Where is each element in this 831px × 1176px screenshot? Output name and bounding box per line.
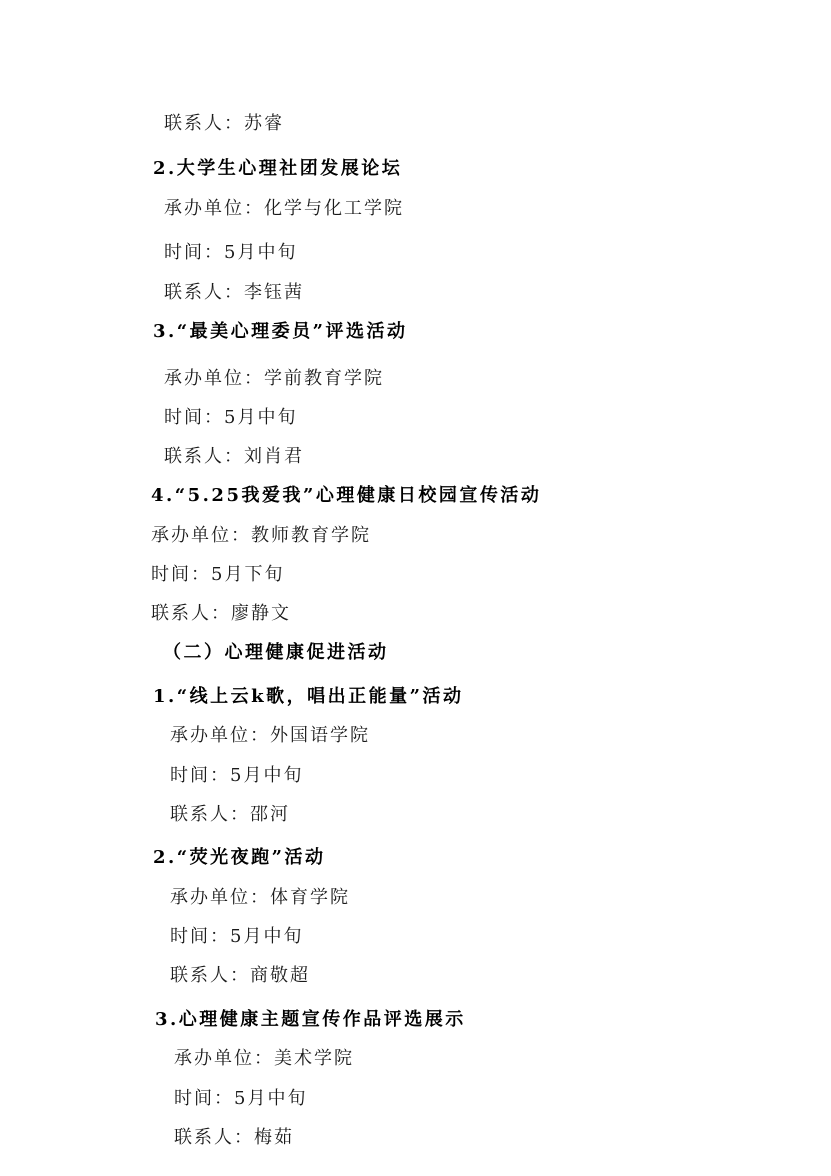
- section-heading: 3.心理健康主题宣传作品评选展示: [155, 1008, 466, 1032]
- detail-line: 联系人：刘肖君: [164, 445, 304, 469]
- section-heading: 4.“5.25我爱我”心理健康日校园宣传活动: [151, 484, 541, 508]
- detail-line: 承办单位：化学与化工学院: [164, 197, 404, 221]
- section-heading: 2.大学生心理社团发展论坛: [153, 157, 402, 181]
- detail-line: 承办单位：美术学院: [174, 1047, 354, 1071]
- detail-line: 联系人：商敬超: [170, 964, 310, 988]
- detail-line: 时间：5月下旬: [151, 563, 284, 587]
- detail-line: 时间：5月中旬: [170, 764, 303, 788]
- section-heading: 1.“线上云k歌，唱出正能量”活动: [153, 685, 463, 709]
- detail-line: 承办单位：教师教育学院: [151, 524, 371, 548]
- detail-line: 联系人：苏睿: [164, 112, 284, 136]
- section-heading: 3.“最美心理委员”评选活动: [153, 320, 408, 344]
- detail-line: 时间：5月中旬: [164, 241, 297, 265]
- detail-line: 时间：5月中旬: [164, 406, 297, 430]
- detail-line: 联系人：邵河: [170, 803, 290, 827]
- detail-line: 承办单位：体育学院: [170, 886, 350, 910]
- detail-line: 联系人：李钰茜: [164, 281, 304, 305]
- section-heading: 2.“荧光夜跑”活动: [153, 846, 326, 870]
- detail-line: 承办单位：外国语学院: [170, 724, 370, 748]
- detail-line: 时间：5月中旬: [170, 925, 303, 949]
- detail-line: 联系人：廖静文: [151, 602, 291, 626]
- detail-line: 时间：5月中旬: [174, 1087, 307, 1111]
- detail-line: 承办单位：学前教育学院: [164, 367, 384, 391]
- section-heading: （二）心理健康促进活动: [163, 641, 389, 665]
- detail-line: 联系人：梅茹: [174, 1126, 294, 1150]
